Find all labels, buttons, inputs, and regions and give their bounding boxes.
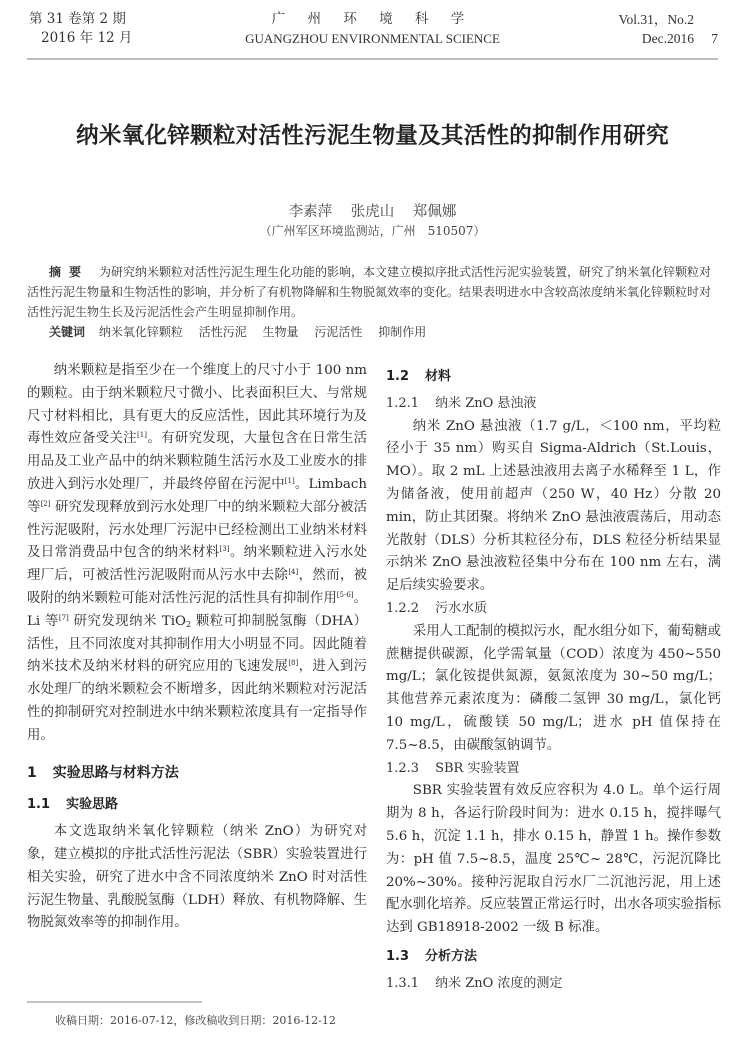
author: 郑佩娜 bbox=[413, 204, 457, 220]
citation[interactable]: [2] bbox=[41, 500, 51, 508]
section-heading: 1实验思路与材料方法 bbox=[27, 762, 367, 785]
page-number: 7 bbox=[694, 29, 718, 48]
subsubsection-heading: 1.2.1纳米 ZnO 悬浊液 bbox=[386, 393, 721, 416]
header-divider bbox=[27, 58, 718, 60]
keyword: 污泥活性 bbox=[314, 325, 362, 339]
citation[interactable]: [8] bbox=[288, 659, 298, 667]
intro-paragraph: 纳米颗粒是指至少在一个维度上的尺寸小于 100 nm 的颗粒。由于纳米颗粒尺寸微… bbox=[27, 360, 367, 748]
abstract: 摘要为研究纳米颗粒对活性污泥生理生化功能的影响，本文建立模拟序批式活性污泥实验装… bbox=[27, 262, 718, 322]
citation[interactable]: [7] bbox=[59, 614, 69, 622]
right-column: 1.2材料 1.2.1纳米 ZnO 悬浊液 纳米 ZnO 悬浊液（1.7 g/L… bbox=[386, 366, 721, 996]
keyword: 纳米氧化锌颗粒 bbox=[99, 325, 183, 339]
keywords-label: 关键词 bbox=[49, 325, 85, 339]
affiliation: （广州军区环境监测站，广州 510507） bbox=[0, 222, 745, 239]
header-journal: 广 州 环 境 科 学 GUANGZHOU ENVIRONMENTAL SCIE… bbox=[27, 10, 718, 48]
section-paragraph: 采用人工配制的模拟污水，配水组分如下，葡萄糖或蔗糖提供碳源，化学需氧量（COD）… bbox=[386, 621, 721, 758]
keyword: 抑制作用 bbox=[378, 325, 426, 339]
subsubsection-heading: 1.3.1纳米 ZnO 浓度的测定 bbox=[386, 973, 721, 996]
article-title: 纳米氧化锌颗粒对活性污泥生物量及其活性的抑制作用研究 bbox=[0, 118, 745, 150]
keyword: 生物量 bbox=[263, 325, 299, 339]
subsection-heading: 1.3分析方法 bbox=[386, 946, 721, 969]
received-date-footnote: 收稿日期：2016-07-12，修改稿收到日期：2016-12-12 bbox=[55, 1012, 336, 1028]
abstract-label: 摘要 bbox=[49, 265, 89, 279]
citation[interactable]: [5-6] bbox=[337, 591, 354, 599]
author: 李素萍 bbox=[289, 204, 333, 220]
author: 张虎山 bbox=[351, 204, 395, 220]
subsection-heading: 1.1实验思路 bbox=[27, 794, 367, 817]
author-list: 李素萍 张虎山 郑佩娜 bbox=[0, 200, 745, 221]
running-header: 第 31 卷第 2 期 2016 年 12 月 广 州 环 境 科 学 GUAN… bbox=[27, 8, 718, 62]
journal-name-cn: 广 州 环 境 科 学 bbox=[27, 10, 718, 29]
citation[interactable]: [1] bbox=[285, 477, 295, 485]
left-column: 纳米颗粒是指至少在一个维度上的尺寸小于 100 nm 的颗粒。由于纳米颗粒尺寸微… bbox=[27, 360, 367, 935]
journal-name-en: GUANGZHOU ENVIRONMENTAL SCIENCE bbox=[27, 29, 718, 48]
citation[interactable]: [4] bbox=[288, 568, 298, 576]
abstract-text: 为研究纳米颗粒对活性污泥生理生化功能的影响，本文建立模拟序批式活性污泥实验装置，… bbox=[27, 265, 711, 319]
subsection-heading: 1.2材料 bbox=[386, 366, 721, 389]
keyword: 活性污泥 bbox=[199, 325, 247, 339]
subsubsection-heading: 1.2.2污水水质 bbox=[386, 598, 721, 621]
citation[interactable]: [3] bbox=[220, 545, 230, 553]
keywords: 关键词 纳米氧化锌颗粒 活性污泥 生物量 污泥活性 抑制作用 bbox=[27, 322, 718, 342]
section-paragraph: 本文选取纳米氧化锌颗粒（纳米 ZnO）为研究对象，建立模拟的序批式活性污泥法（S… bbox=[27, 821, 367, 935]
subsubsection-heading: 1.2.3SBR 实验装置 bbox=[386, 758, 721, 781]
header-volume-en: Vol.31，No.2 bbox=[618, 12, 694, 27]
citation[interactable]: [1] bbox=[137, 431, 147, 439]
header-date-en: Dec.2016 bbox=[642, 31, 694, 46]
header-issue-en: Vol.31，No.2 Dec.20167 bbox=[618, 10, 718, 48]
section-paragraph: SBR 实验装置有效反应容积为 4.0 L。单个运行周期为 8 h，各运行阶段时… bbox=[386, 780, 721, 940]
footnote-divider bbox=[27, 1001, 202, 1003]
section-paragraph: 纳米 ZnO 悬浊液（1.7 g/L，＜100 nm，平均粒径小于 35 nm）… bbox=[386, 416, 721, 598]
